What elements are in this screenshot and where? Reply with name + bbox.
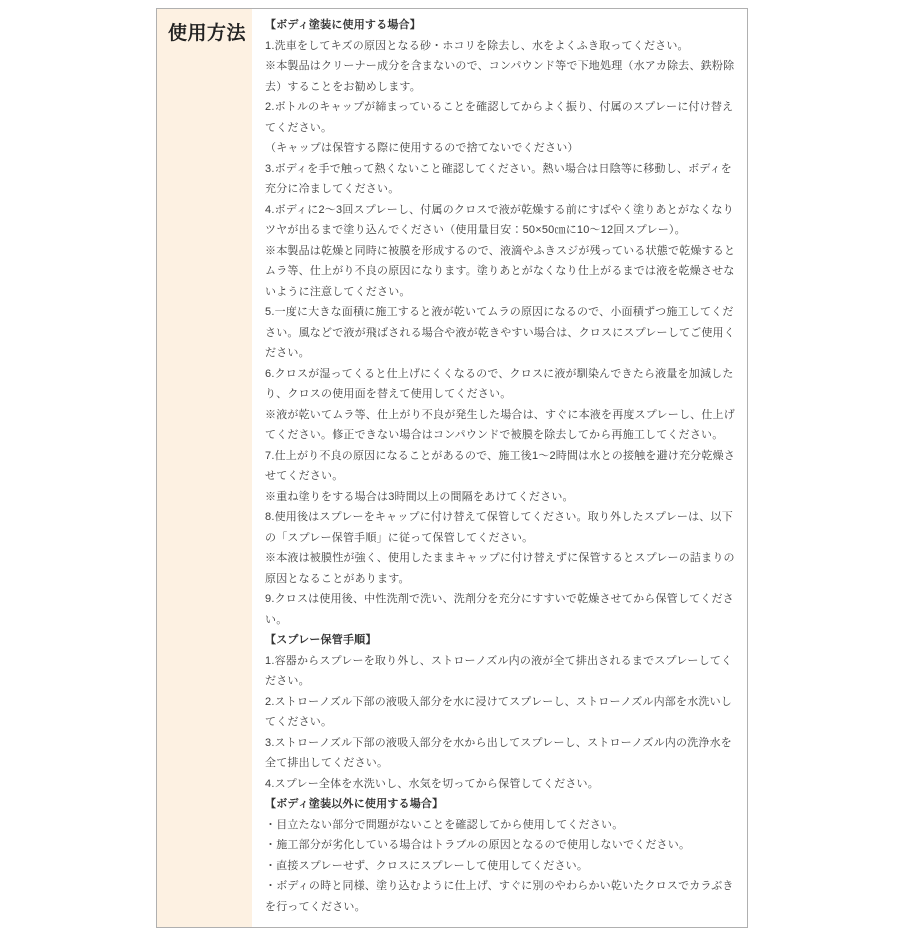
row-header-label: 使用方法 xyxy=(168,23,246,44)
section-title: 【ボディ塗装に使用する場合】 xyxy=(265,15,739,36)
usage-instructions-table: 使用方法 【ボディ塗装に使用する場合】1.洗車をしてキズの原因となる砂・ホコリを… xyxy=(156,8,748,900)
instruction-item: 2.ボトルのキャップが締まっていることを確認してからよく振り、付属のスプレーに付… xyxy=(265,97,739,138)
instructions-content: 【ボディ塗装に使用する場合】1.洗車をしてキズの原因となる砂・ホコリを除去し、水… xyxy=(252,9,747,900)
instruction-item: 1.容器からスプレーを取り外し、ストローノズル内の液が全て排出されるまでスプレー… xyxy=(265,651,739,692)
instruction-item: 7.仕上がり不良の原因になることがあるので、施工後1～2時間は水との接触を避け充… xyxy=(265,446,739,487)
instruction-item: ・ボディの時と同様、塗り込むように仕上げ、すぐに別のやわらかい乾いたクロスでカラ… xyxy=(265,876,739,900)
instruction-item: ・目立たない部分で問題がないことを確認してから使用してください。 xyxy=(265,815,739,836)
instruction-item: 5.一度に大きな面積に施工すると液が乾いてムラの原因になるので、小面積ずつ施工し… xyxy=(265,302,739,364)
instruction-item: 4.スプレー全体を水洗いし、水気を切ってから保管してください。 xyxy=(265,774,739,795)
row-header-cell: 使用方法 xyxy=(157,9,252,900)
instruction-item: （キャップは保管する際に使用するので捨てないでください） xyxy=(265,138,739,159)
instruction-item: ※本製品は乾燥と同時に被膜を形成するので、液滴やふきスジが残っている状態で乾燥す… xyxy=(265,241,739,303)
instruction-item: 9.クロスは使用後、中性洗剤で洗い、洗剤分を充分にすすいで乾燥させてから保管して… xyxy=(265,589,739,630)
instruction-item: ※本製品はクリーナー成分を含まないので、コンパウンド等で下地処理（水アカ除去、鉄… xyxy=(265,56,739,97)
instruction-item: ・施工部分が劣化している場合はトラブルの原因となるので使用しないでください。 xyxy=(265,835,739,856)
instruction-item: 4.ボディに2～3回スプレーし、付属のクロスで液が乾燥する前にすばやく塗りあとが… xyxy=(265,200,739,241)
instruction-item: ※本液は被膜性が強く、使用したままキャップに付け替えずに保管するとスプレーの詰ま… xyxy=(265,548,739,589)
section-title: 【ボディ塗装以外に使用する場合】 xyxy=(265,794,739,815)
instruction-item: 3.ボディを手で触って熱くないこと確認してください。熱い場合は日陰等に移動し、ボ… xyxy=(265,159,739,200)
instruction-item: ・直接スプレーせず、クロスにスプレーして使用してください。 xyxy=(265,856,739,877)
instruction-item: 6.クロスが湿ってくると仕上げにくくなるので、クロスに液が馴染んできたら液量を加… xyxy=(265,364,739,405)
instruction-item: ※液が乾いてムラ等、仕上がり不良が発生した場合は、すぐに本液を再度スプレーし、仕… xyxy=(265,405,739,446)
instruction-item: ※重ね塗りをする場合は3時間以上の間隔をあけてください。 xyxy=(265,487,739,508)
section-title: 【スプレー保管手順】 xyxy=(265,630,739,651)
instruction-item: 8.使用後はスプレーをキャップに付け替えて保管してください。取り外したスプレーは… xyxy=(265,507,739,548)
instruction-item: 3.ストローノズル下部の液吸入部分を水から出してスプレーし、ストローノズル内の洗… xyxy=(265,733,739,774)
instruction-item: 1.洗車をしてキズの原因となる砂・ホコリを除去し、水をよくふき取ってください。 xyxy=(265,36,739,57)
instruction-item: 2.ストローノズル下部の液吸入部分を水に浸けてスプレーし、ストローノズル内部を水… xyxy=(265,692,739,733)
